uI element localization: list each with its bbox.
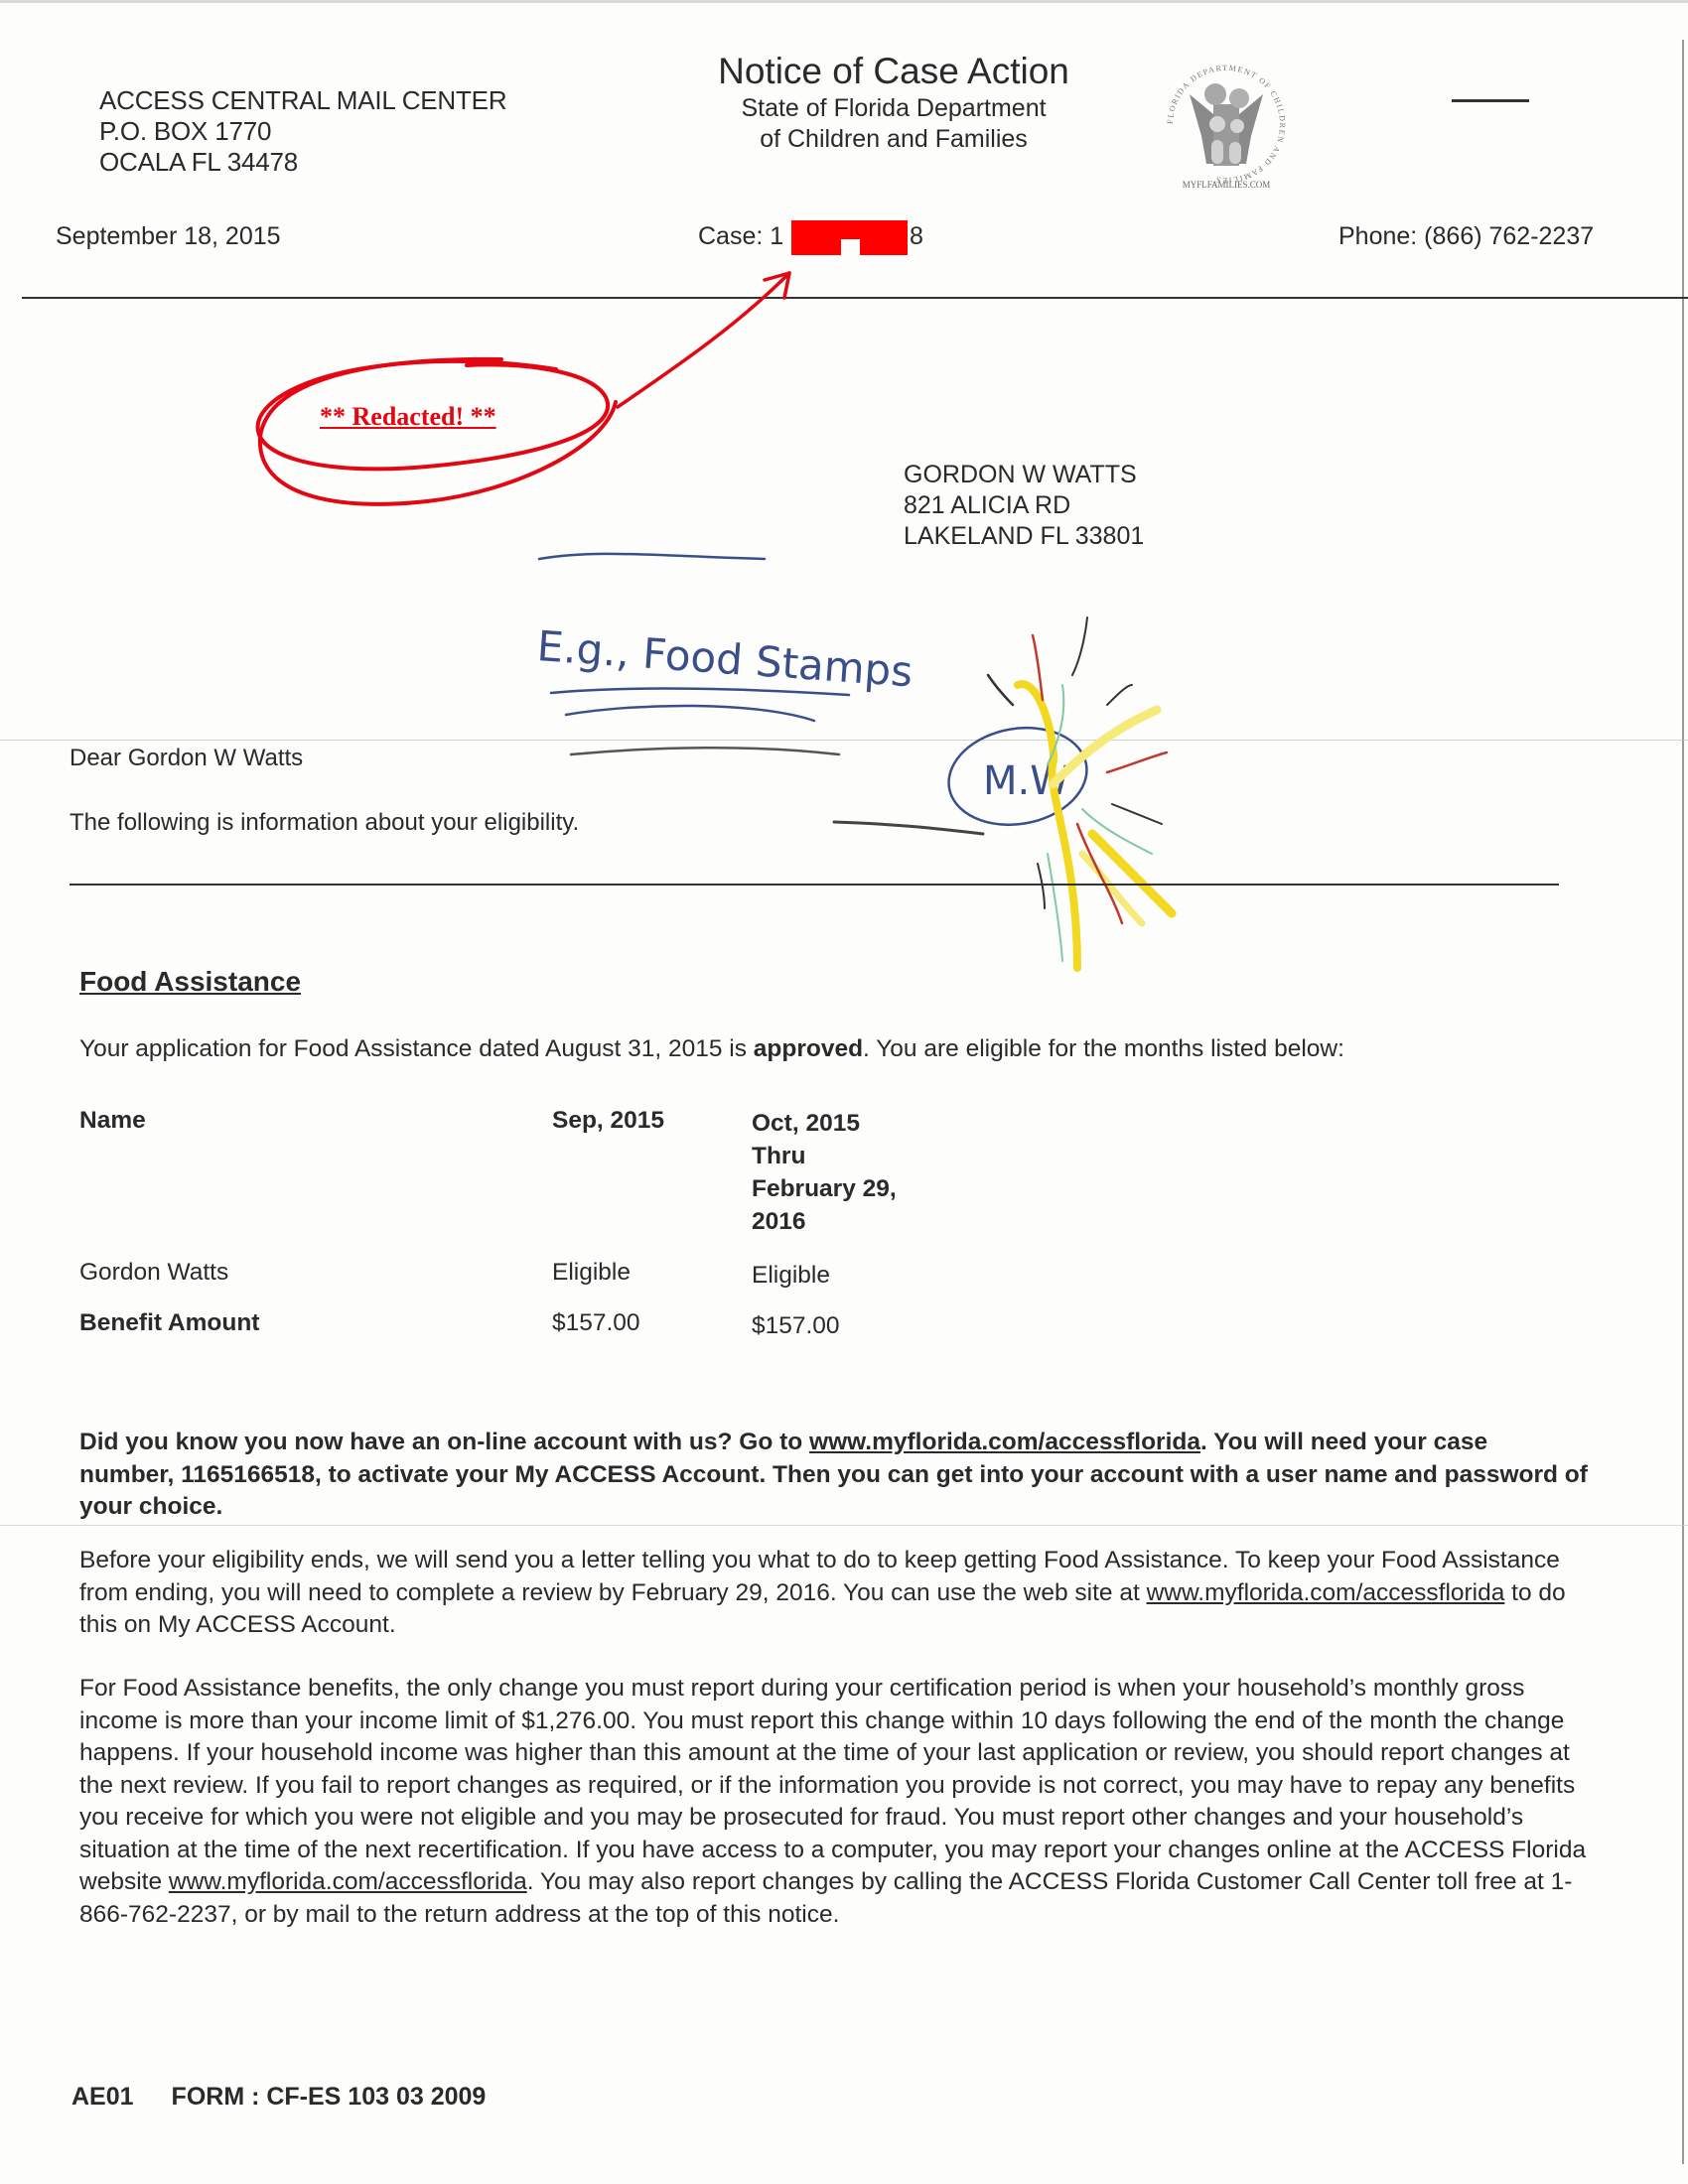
decorative-dash bbox=[1452, 99, 1529, 102]
approval-statement: Your application for Food Assistance dat… bbox=[79, 1035, 1344, 1063]
page-edge bbox=[1682, 40, 1684, 2164]
initials: M.W bbox=[983, 758, 1069, 804]
table-cell: $157.00 bbox=[752, 1309, 840, 1342]
sender-line: ACCESS CENTRAL MAIL CENTER bbox=[99, 85, 506, 116]
sender-line: P.O. BOX 1770 bbox=[99, 116, 506, 147]
redacted-note: ** Redacted! ** bbox=[320, 402, 496, 432]
page-title: Notice of Case Action bbox=[685, 50, 1102, 93]
case-number-suffix: 8 bbox=[910, 222, 923, 251]
handwritten-note: E.g., Food Stamps bbox=[535, 621, 914, 696]
table-cell: Benefit Amount bbox=[79, 1309, 259, 1337]
accessflorida-link[interactable]: www.myflorida.com/accessflorida bbox=[1147, 1579, 1505, 1606]
paragraph-text: Did you know you now have an on-line acc… bbox=[79, 1429, 809, 1455]
divider bbox=[70, 884, 1559, 886]
accessflorida-link[interactable]: www.myflorida.com/accessflorida bbox=[169, 1868, 527, 1895]
table-cell: $157.00 bbox=[552, 1309, 640, 1337]
notice-date: September 18, 2015 bbox=[56, 222, 281, 251]
red-arrow-icon bbox=[618, 273, 789, 407]
sender-address: ACCESS CENTRAL MAIL CENTER P.O. BOX 1770… bbox=[99, 85, 506, 178]
agency-name: of Children and Families bbox=[685, 124, 1102, 155]
form-number: FORM : CF-ES 103 03 2009 bbox=[172, 2083, 487, 2111]
review-paragraph: Before your eligibility ends, we will se… bbox=[79, 1545, 1589, 1642]
approval-text: Your application for Food Assistance dat… bbox=[79, 1035, 754, 1062]
form-code: AE01 bbox=[71, 2083, 134, 2111]
page-edge bbox=[0, 0, 1688, 3]
approval-text: . You are eligible for the months listed… bbox=[863, 1035, 1344, 1062]
recipient-line: LAKELAND FL 33801 bbox=[904, 521, 1144, 552]
redaction-box bbox=[860, 220, 908, 255]
divider bbox=[22, 297, 1688, 299]
recipient-address: GORDON W WATTS 821 ALICIA RD LAKELAND FL… bbox=[904, 460, 1144, 552]
dcf-logo-icon: FLORIDA DEPARTMENT OF CHILDREN AND FAMIL… bbox=[1162, 55, 1291, 194]
table-header: Sep, 2015 bbox=[552, 1107, 664, 1135]
accessflorida-link[interactable]: www.myflorida.com/accessflorida bbox=[809, 1429, 1200, 1455]
recipient-line: GORDON W WATTS bbox=[904, 460, 1144, 490]
notice-header: Notice of Case Action State of Florida D… bbox=[685, 50, 1102, 155]
svg-text:MYFLFAMILIES.COM: MYFLFAMILIES.COM bbox=[1183, 180, 1271, 190]
table-header: Name bbox=[79, 1107, 146, 1135]
intro-text: The following is information about your … bbox=[70, 809, 579, 837]
approval-status: approved bbox=[754, 1035, 863, 1062]
case-number-label: Case: 1 bbox=[698, 222, 783, 251]
table-header: Oct, 2015 Thru February 29, 2016 bbox=[752, 1107, 897, 1238]
table-cell: Eligible bbox=[552, 1259, 631, 1287]
salutation: Dear Gordon W Watts bbox=[70, 745, 303, 772]
reporting-paragraph: For Food Assistance benefits, the only c… bbox=[79, 1673, 1589, 1931]
sender-line: OCALA FL 34478 bbox=[99, 147, 506, 178]
paper-fold-line bbox=[0, 1525, 1688, 1526]
recipient-line: 821 ALICIA RD bbox=[904, 490, 1144, 521]
paper-fold-line bbox=[0, 740, 1688, 741]
online-account-paragraph: Did you know you now have an on-line acc… bbox=[79, 1427, 1589, 1524]
section-title: Food Assistance bbox=[79, 966, 301, 998]
paragraph-text: For Food Assistance benefits, the only c… bbox=[79, 1675, 1586, 1895]
table-cell: Eligible bbox=[752, 1259, 830, 1292]
form-footer: AE01FORM : CF-ES 103 03 2009 bbox=[71, 2083, 486, 2112]
phone-number: Phone: (866) 762-2237 bbox=[1338, 222, 1594, 251]
agency-name: State of Florida Department bbox=[685, 93, 1102, 124]
redaction-box bbox=[826, 220, 860, 239]
table-cell: Gordon Watts bbox=[79, 1259, 228, 1287]
